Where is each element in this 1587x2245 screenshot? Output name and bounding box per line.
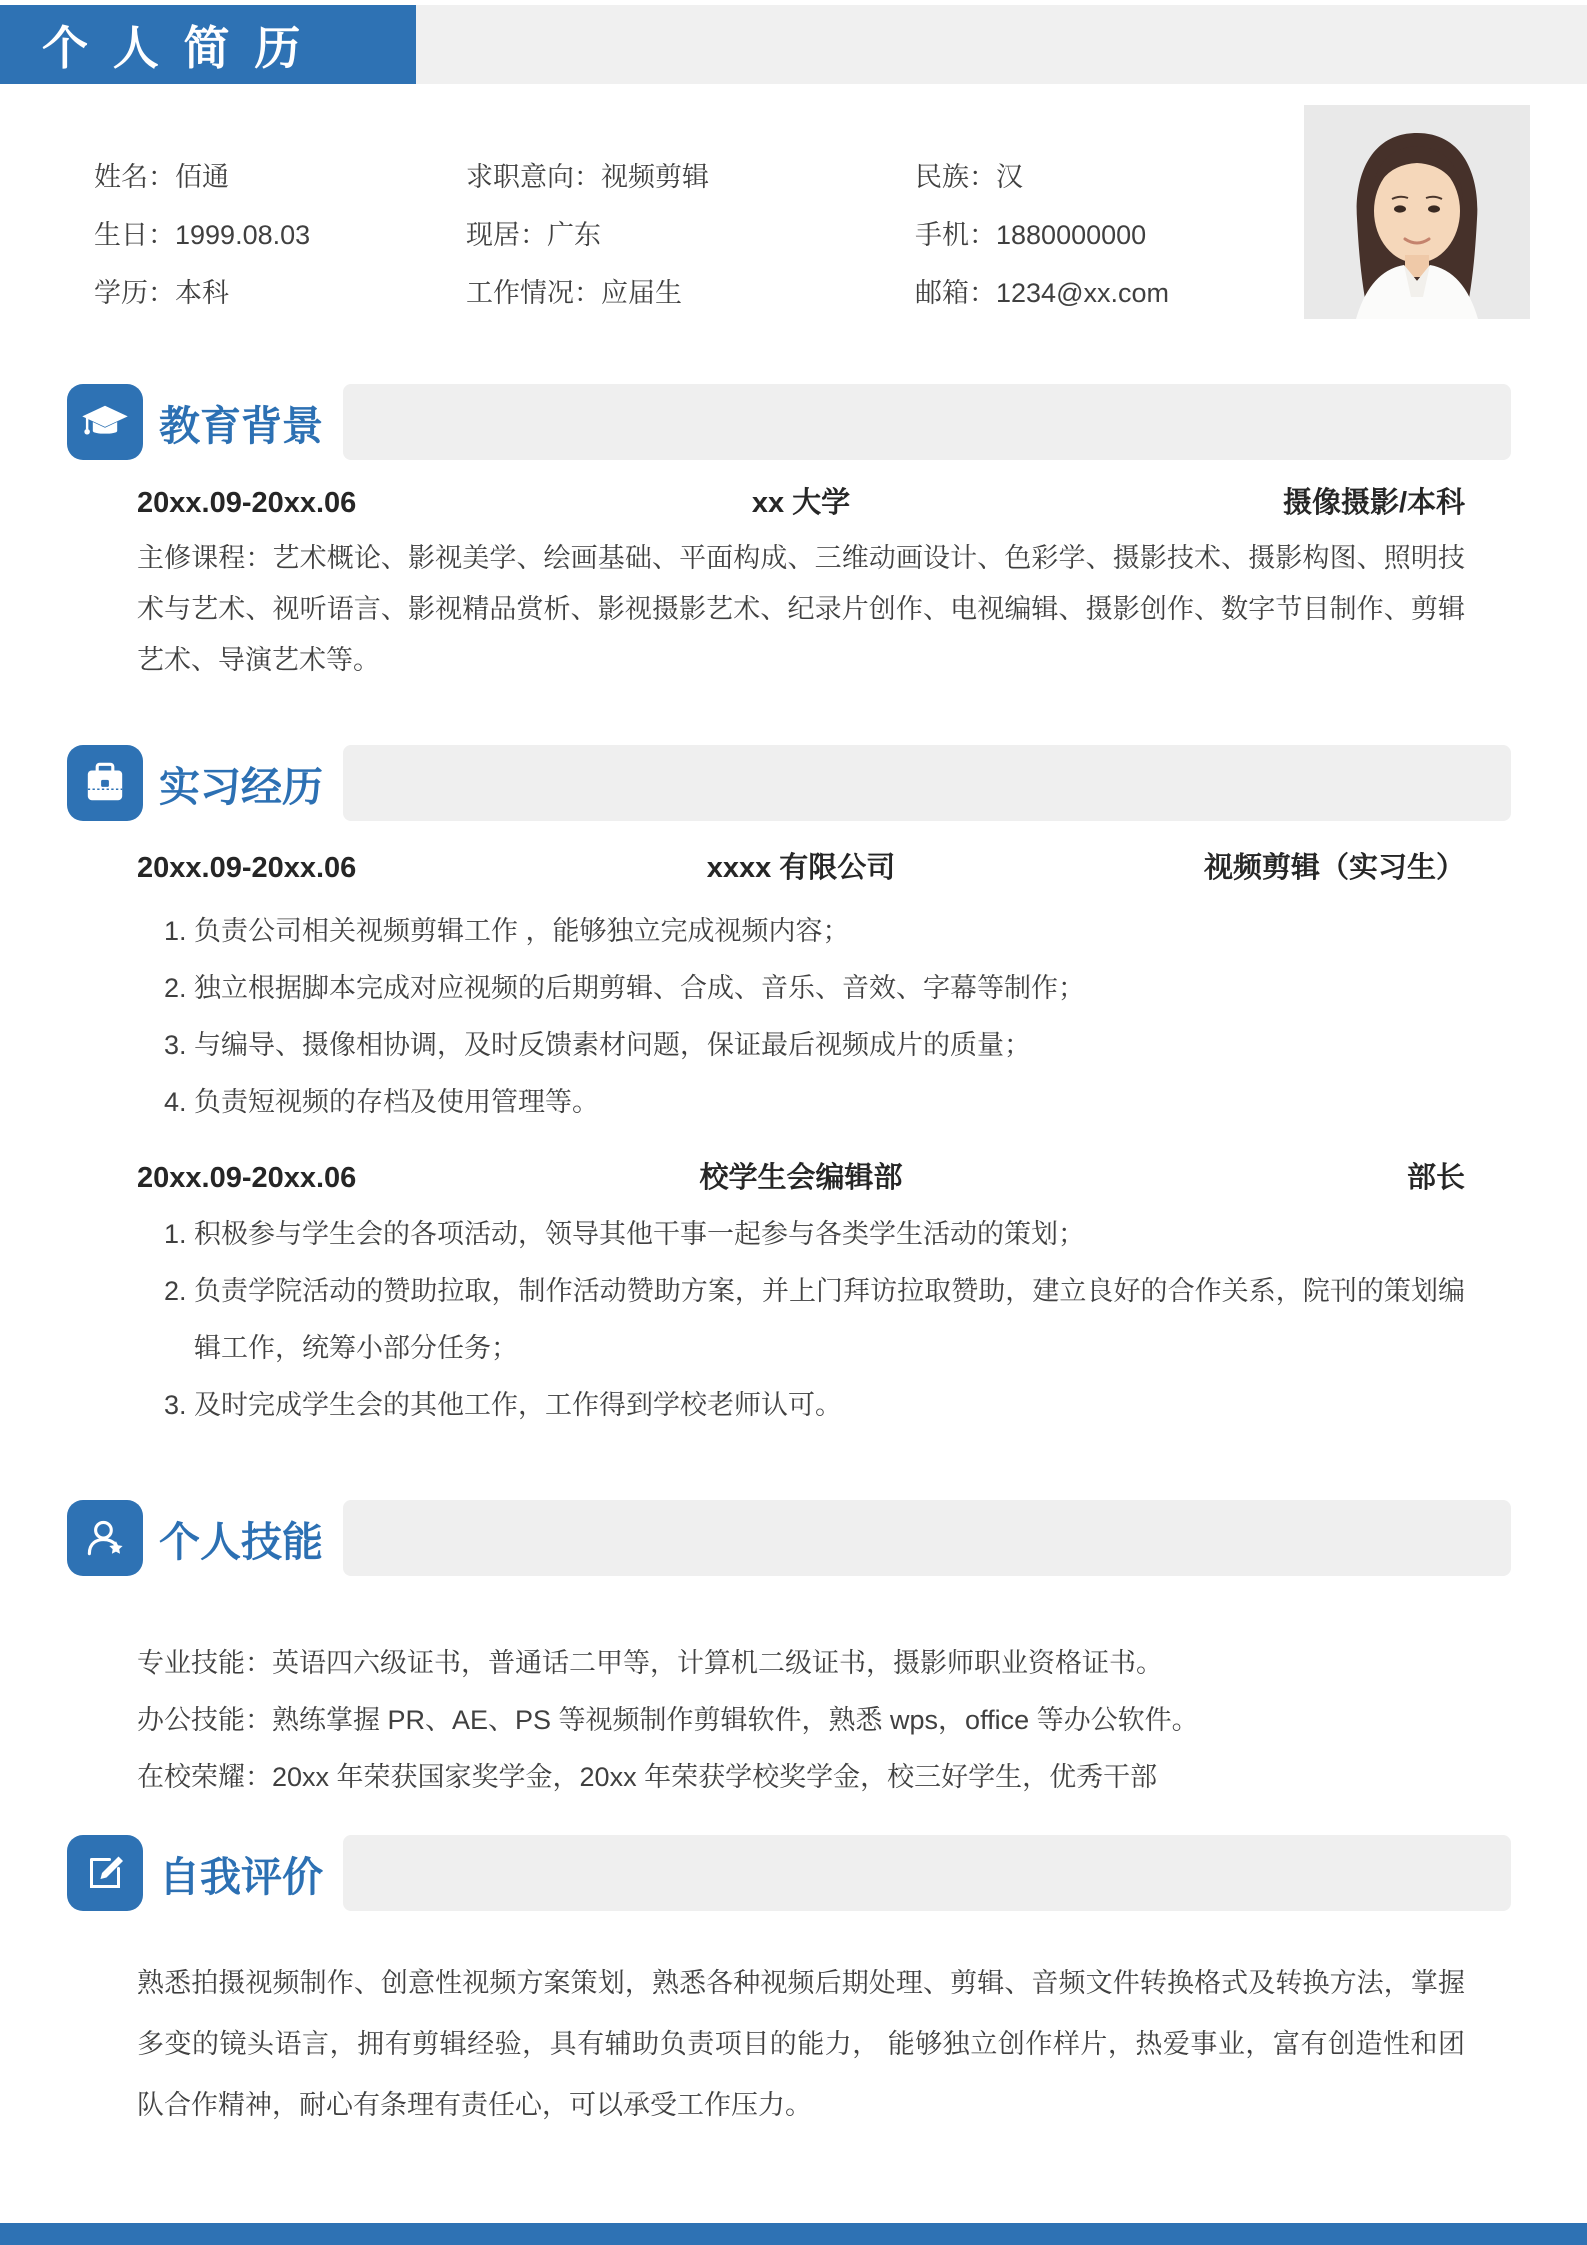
education-school: xx 大学 <box>594 486 1009 520</box>
briefcase-icon <box>67 745 143 821</box>
profile-name: 姓名：佰通 <box>94 148 310 206</box>
section-title-bar <box>343 1835 1511 1911</box>
pencil-icon <box>67 1835 143 1911</box>
internship-entry-row: 20xx.09-20xx.06 xxxx 有限公司 视频剪辑（实习生） <box>137 851 1465 885</box>
job2-date: 20xx.09-20xx.06 <box>137 1161 594 1195</box>
duty-item: 积极参与学生会的各项活动，领导其他干事一起参与各类学生活动的策划； <box>194 1206 1465 1263</box>
section-title-bar <box>343 384 1511 460</box>
profile-ethnicity: 民族：汉 <box>915 148 1169 206</box>
profile-education-level: 学历：本科 <box>94 264 310 322</box>
top-banner: 个 人 简 历 <box>0 5 1587 84</box>
section-title-education: 教育背景 <box>159 393 323 452</box>
section-title-internship: 实习经历 <box>159 754 323 813</box>
duty-item: 及时完成学生会的其他工作，工作得到学校老师认可。 <box>194 1377 1465 1434</box>
section-header-education: 教育背景 <box>67 384 1511 460</box>
profile-job-intention: 求职意向：视频剪辑 <box>466 148 709 206</box>
section-title-bar <box>343 1500 1511 1576</box>
job2-duty-list: 积极参与学生会的各项活动，领导其他干事一起参与各类学生活动的策划； 负责学院活动… <box>137 1206 1465 1434</box>
job2-organization: 校学生会编辑部 <box>594 1161 1009 1195</box>
education-courses-paragraph: 主修课程：艺术概论、影视美学、绘画基础、平面构成、三维动画设计、色彩学、摄影技术… <box>137 533 1465 686</box>
section-title-skills: 个人技能 <box>159 1509 323 1568</box>
profile-photo <box>1304 105 1530 319</box>
profile-column-contact: 民族：汉 手机：1880000000 邮箱：1234@xx.com <box>915 148 1169 322</box>
footer-bar <box>0 2223 1587 2245</box>
internship-entry-row: 20xx.09-20xx.06 校学生会编辑部 部长 <box>137 1161 1465 1195</box>
skill-line-office: 办公技能：熟练掌握 PR、AE、PS 等视频制作剪辑软件，熟悉 wps，offi… <box>137 1692 1477 1749</box>
duty-item: 与编导、摄像相协调，及时反馈素材问题，保证最后视频成片的质量； <box>194 1017 1465 1074</box>
skill-line-honors: 在校荣耀：20xx 年荣获国家奖学金，20xx 年荣获学校奖学金，校三好学生，优… <box>137 1749 1477 1806</box>
profile-work-status: 工作情况：应届生 <box>466 264 709 322</box>
profile-birthday: 生日：1999.08.03 <box>94 206 310 264</box>
evaluation-paragraph: 熟悉拍摄视频制作、创意性视频方案策划，熟悉各种视频后期处理、剪辑、音频文件转换格… <box>137 1953 1465 2136</box>
banner-blue-block: 个 人 简 历 <box>0 5 416 84</box>
page-title: 个 人 简 历 <box>42 12 306 78</box>
education-degree: 摄像摄影/本科 <box>1009 486 1466 520</box>
section-header-internship: 实习经历 <box>67 745 1511 821</box>
graduation-cap-icon <box>67 384 143 460</box>
duty-item: 负责学院活动的赞助拉取，制作活动赞助方案，并上门拜访拉取赞助，建立良好的合作关系… <box>194 1263 1465 1377</box>
education-entry-row: 20xx.09-20xx.06 xx 大学 摄像摄影/本科 <box>137 486 1465 520</box>
section-header-skills: 个人技能 <box>67 1500 1511 1576</box>
portrait-illustration <box>1304 105 1530 319</box>
section-title-bar <box>343 745 1511 821</box>
duty-item: 负责短视频的存档及使用管理等。 <box>194 1074 1465 1131</box>
job1-role: 视频剪辑（实习生） <box>1009 851 1466 885</box>
duty-item: 独立根据脚本完成对应视频的后期剪辑、合成、音乐、音效、字幕等制作； <box>194 960 1465 1017</box>
section-title-evaluation: 自我评价 <box>159 1844 323 1903</box>
job2-role: 部长 <box>1009 1161 1466 1195</box>
job1-date: 20xx.09-20xx.06 <box>137 851 594 885</box>
profile-column-job: 求职意向：视频剪辑 现居：广东 工作情况：应届生 <box>466 148 709 322</box>
profile-email: 邮箱：1234@xx.com <box>915 264 1169 322</box>
duty-item: 负责公司相关视频剪辑工作 ，能够独立完成视频内容； <box>194 903 1465 960</box>
person-star-icon <box>67 1500 143 1576</box>
resume-page: { "banner": { "title": "个 人 简 历" }, "pro… <box>0 0 1587 2245</box>
job1-duty-list: 负责公司相关视频剪辑工作 ，能够独立完成视频内容； 独立根据脚本完成对应视频的后… <box>137 903 1465 1131</box>
profile-residence: 现居：广东 <box>466 206 709 264</box>
job1-company: xxxx 有限公司 <box>594 851 1009 885</box>
education-date: 20xx.09-20xx.06 <box>137 486 594 520</box>
profile-phone: 手机：1880000000 <box>915 206 1169 264</box>
profile-column-basic: 姓名：佰通 生日：1999.08.03 学历：本科 <box>94 148 310 322</box>
skill-line-professional: 专业技能：英语四六级证书，普通话二甲等，计算机二级证书，摄影师职业资格证书。 <box>137 1635 1477 1692</box>
section-header-evaluation: 自我评价 <box>67 1835 1511 1911</box>
skills-lines: 专业技能：英语四六级证书，普通话二甲等，计算机二级证书，摄影师职业资格证书。 办… <box>137 1635 1477 1806</box>
